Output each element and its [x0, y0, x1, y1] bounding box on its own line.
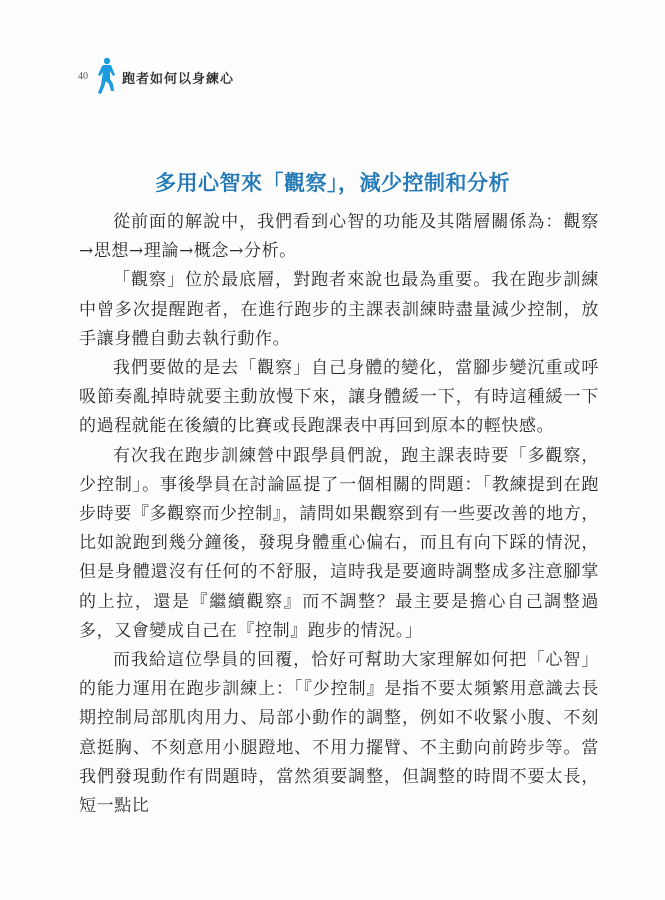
paragraph: 有次我在跑步訓練營中跟學員們說，跑主課表時要「多觀察，少控制」。事後學員在討論區… — [79, 442, 599, 646]
paragraph: 我們要做的是去「觀察」自己身體的變化，當腳步變沉重或呼吸節奏亂掉時就要主動放慢下… — [79, 354, 599, 442]
body-text: 從前面的解說中，我們看到心智的功能及其階層關係為：觀察→思想→理論→概念→分析。… — [79, 208, 599, 821]
paragraph: 而我給這位學員的回覆，恰好可幫助大家理解如何把「心智」的能力運用在跑步訓練上：「… — [79, 646, 599, 821]
paragraph: 從前面的解說中，我們看到心智的功能及其階層關係為：觀察→思想→理論→概念→分析。 — [79, 208, 599, 266]
page-number: 40 — [78, 71, 88, 82]
page-header: 40 跑者如何以身練心 — [0, 0, 665, 110]
paragraph: 「觀察」位於最底層，對跑者來說也最為重要。我在跑步訓練中曾多次提醒跑者，在進行跑… — [79, 266, 599, 354]
runner-icon — [96, 57, 118, 97]
section-title: 多用心智來「觀察」，減少控制和分析 — [0, 167, 665, 197]
book-title: 跑者如何以身練心 — [122, 68, 234, 87]
